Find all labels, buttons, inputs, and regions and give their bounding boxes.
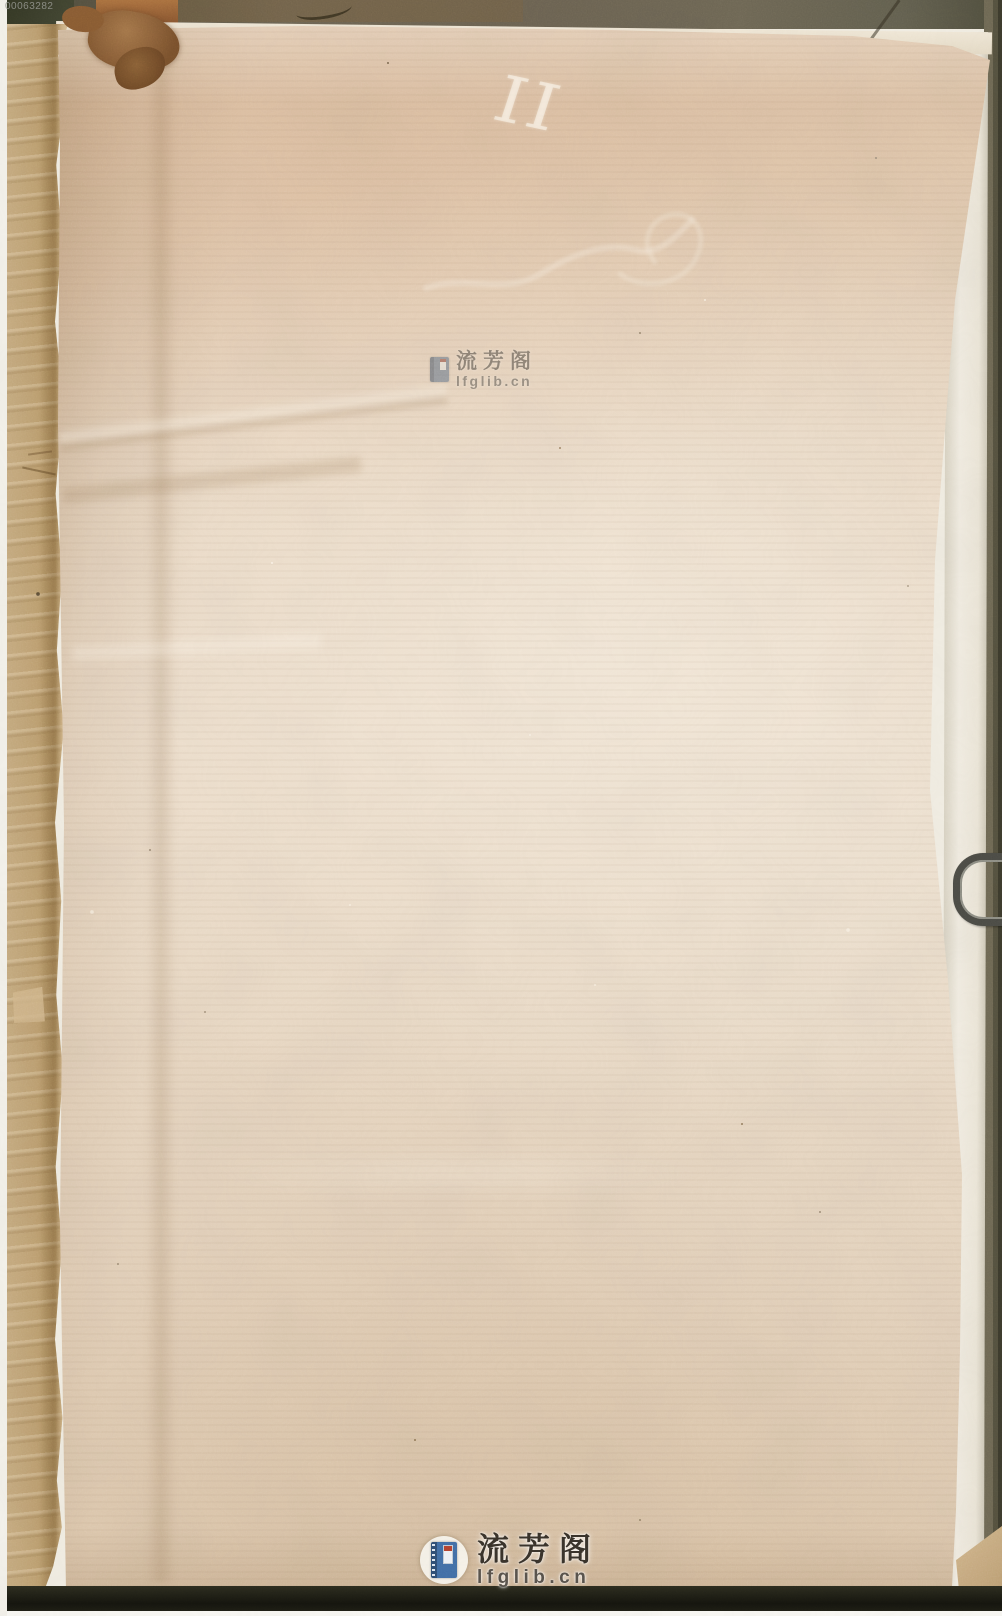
watermark-domain: lfglib.cn	[456, 372, 537, 390]
watermark-badge	[420, 1536, 468, 1584]
gutter-shadow	[146, 30, 176, 1582]
signature-show-through	[408, 178, 728, 308]
scan-background-bottom	[0, 1611, 1002, 1616]
watermark-domain: lfglib.cn	[477, 1567, 600, 1589]
book-icon	[430, 357, 449, 382]
watermark-brand-name: 流芳阁	[477, 1531, 600, 1567]
book-icon	[431, 1542, 457, 1578]
watermark-center: 流芳阁 lfglib.cn	[430, 349, 537, 390]
metal-clip	[953, 853, 1002, 926]
torn-leather-clump	[80, 12, 184, 92]
watermark-bottom: 流芳阁 lfglib.cn	[420, 1531, 600, 1589]
scan-id-number: 00063282	[5, 1, 54, 12]
watermark-brand-name: 流芳阁	[456, 349, 537, 372]
book-stitching	[432, 1544, 435, 1576]
binding-stub	[6, 24, 68, 1590]
scan-background-left	[0, 0, 7, 1616]
scanned-book-page: II 流芳阁 lfglib.cn 流芳阁 lfglib.cn 00063282	[0, 0, 1002, 1616]
book-title-label	[443, 1545, 453, 1564]
book-cover-bottom-edge	[6, 1586, 1002, 1611]
